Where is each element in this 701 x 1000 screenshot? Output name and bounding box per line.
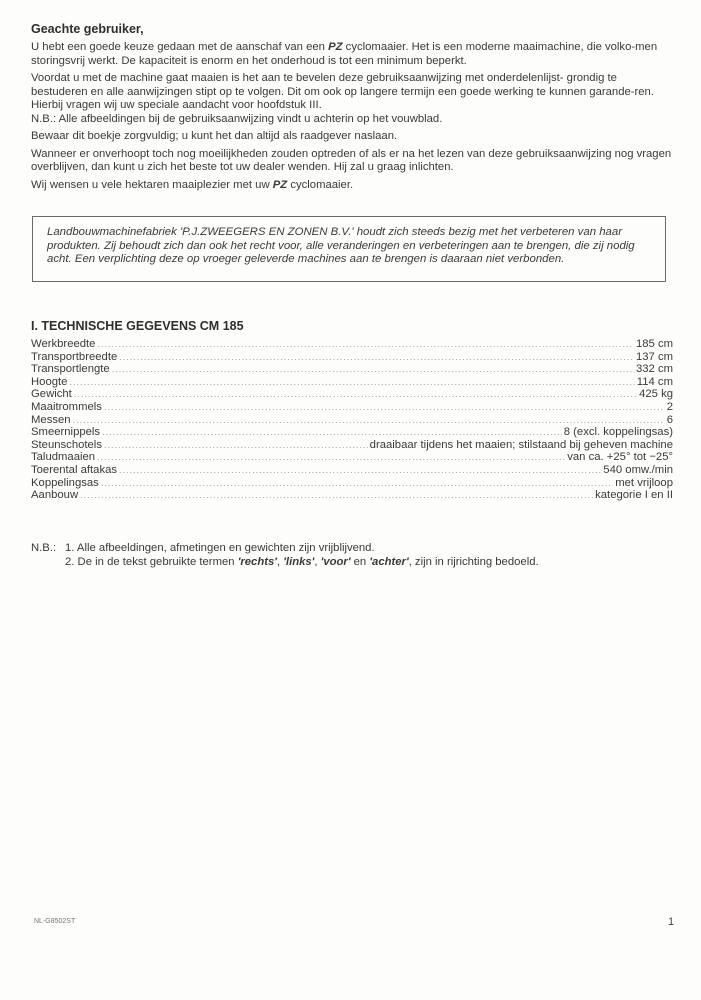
disclaimer-box: Landbouwmachinefabriek 'P.J.ZWEEGERS EN …: [32, 216, 666, 282]
spec-value: 425 kg: [639, 388, 673, 401]
intro-paragraph-3: Bewaar dit boekje zorgvuldig; u kunt het…: [31, 130, 676, 144]
dot-leader: [74, 388, 637, 401]
brand-pz: PZ: [328, 41, 342, 53]
spec-value: 137 cm: [636, 351, 673, 364]
spec-label: Maaitrommels: [31, 401, 102, 414]
spec-value: van ca. +25° tot −25°: [567, 451, 673, 464]
spec-value: 185 cm: [636, 338, 673, 351]
spec-row: Koppelingsasmet vrijloop: [31, 477, 673, 490]
intro-paragraph-2: Voordat u met de machine gaat maaien is …: [31, 72, 676, 113]
spec-label: Transportlengte: [31, 363, 110, 376]
spec-row: Messen6: [31, 414, 673, 427]
spec-value: 114 cm: [637, 376, 673, 389]
dot-leader: [101, 477, 613, 490]
dot-leader: [97, 338, 633, 351]
spec-row: Hoogte114 cm: [31, 376, 673, 389]
spec-row: Smeernippels8 (excl. koppelingsas): [31, 426, 673, 439]
dot-leader: [104, 401, 665, 414]
spec-row: Taludmaaienvan ca. +25° tot −25°: [31, 451, 673, 464]
dot-leader: [73, 414, 665, 427]
intro-paragraph-4: Wanneer er onverhoopt toch nog moeilijkh…: [31, 148, 676, 175]
spec-label: Koppelingsas: [31, 477, 99, 490]
dot-leader: [119, 351, 634, 364]
section-title: I. TECHNISCHE GEGEVENS CM 185: [31, 319, 244, 333]
footnote-2: 2. De in de tekst gebruikte termen 'rech…: [31, 556, 539, 570]
spec-value: 6: [667, 414, 673, 427]
spec-label: Hoogte: [31, 376, 67, 389]
spec-row: Gewicht425 kg: [31, 388, 673, 401]
dot-leader: [69, 376, 634, 389]
footnotes: N.B.: 1. Alle afbeeldingen, afmetingen e…: [31, 542, 539, 569]
dot-leader: [97, 451, 565, 464]
dot-leader: [80, 489, 593, 502]
spec-row: Transportlengte332 cm: [31, 363, 673, 376]
spec-value: draaibaar tijdens het maaien; stilstaand…: [370, 439, 673, 452]
spec-label: Messen: [31, 414, 71, 427]
spec-value: 8 (excl. koppelingsas): [564, 426, 673, 439]
spec-row: Toerental aftakas540 omw./min: [31, 464, 673, 477]
intro-nb: N.B.: Alle afbeeldingen bij de gebruiksa…: [31, 113, 676, 127]
brand-pz: PZ: [273, 179, 287, 191]
spec-row: Aanbouwkategorie I en II: [31, 489, 673, 502]
spec-value: kategorie I en II: [595, 489, 673, 502]
dot-leader: [119, 464, 601, 477]
spec-label: Taludmaaien: [31, 451, 95, 464]
spec-label: Transportbreedte: [31, 351, 117, 364]
spec-row: Steunschotelsdraaibaar tijdens het maaie…: [31, 439, 673, 452]
footnote-1: N.B.: 1. Alle afbeeldingen, afmetingen e…: [31, 542, 539, 556]
spec-row: Maaitrommels2: [31, 401, 673, 414]
spec-value: met vrijloop: [615, 477, 673, 490]
spec-label: Smeernippels: [31, 426, 100, 439]
spec-label: Steunschotels: [31, 439, 102, 452]
dot-leader: [102, 426, 562, 439]
spec-label: Aanbouw: [31, 489, 78, 502]
page-number: 1: [668, 916, 674, 928]
spec-row: Werkbreedte185 cm: [31, 338, 673, 351]
spec-value: 2: [667, 401, 673, 414]
dot-leader: [104, 439, 368, 452]
document-code: NL-G8502ST: [34, 918, 75, 925]
dot-leader: [112, 363, 634, 376]
intro-paragraph-1: U hebt een goede keuze gedaan met de aan…: [31, 41, 676, 68]
spec-label: Werkbreedte: [31, 338, 95, 351]
greeting-heading: Geachte gebruiker,: [31, 22, 144, 36]
spec-label: Gewicht: [31, 388, 72, 401]
intro-text: U hebt een goede keuze gedaan met de aan…: [31, 41, 676, 196]
spec-value: 540 omw./min: [603, 464, 673, 477]
intro-paragraph-5: Wij wensen u vele hektaren maaiplezier m…: [31, 179, 676, 193]
spec-row: Transportbreedte137 cm: [31, 351, 673, 364]
spec-table: Werkbreedte185 cmTransportbreedte137 cmT…: [31, 338, 673, 502]
spec-value: 332 cm: [636, 363, 673, 376]
spec-label: Toerental aftakas: [31, 464, 117, 477]
